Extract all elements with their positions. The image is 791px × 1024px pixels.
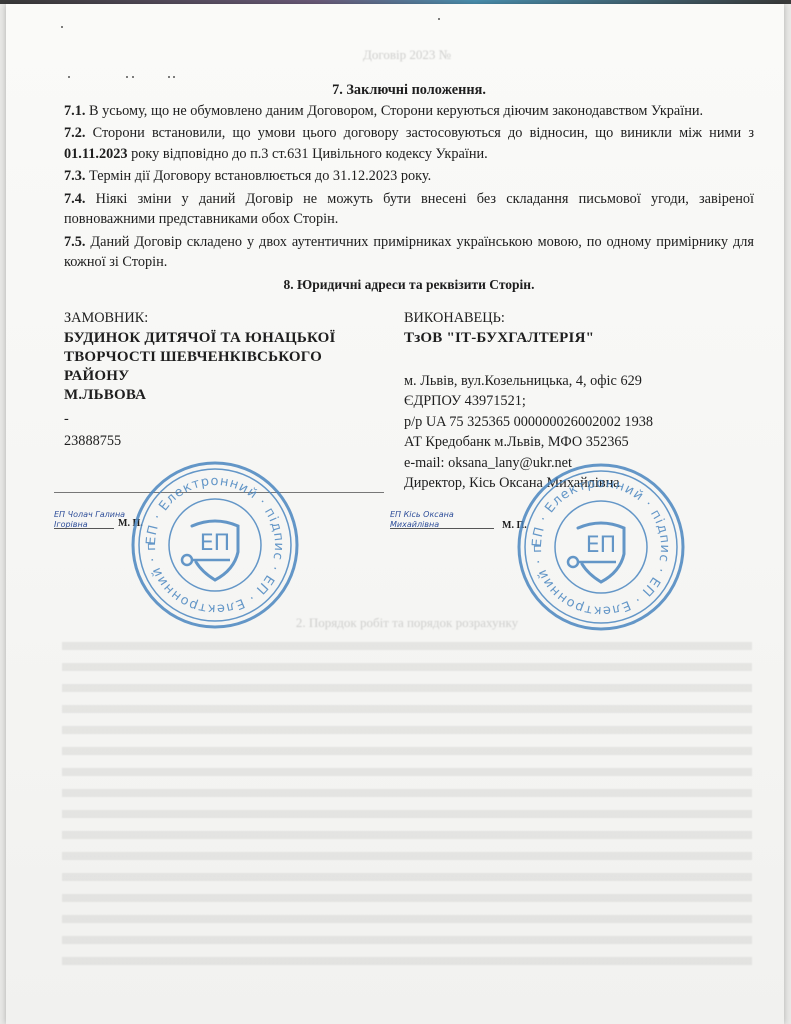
stamp-seal-icon: ЕП · Електронний · підпис · ЕП · Електро… (130, 460, 300, 630)
scan-speck (126, 76, 128, 78)
customer-role: ЗАМОВНИК: (64, 308, 384, 329)
e-signature-stamp-customer: ЕП · Електронний · підпис · ЕП · Електро… (130, 460, 300, 630)
contractor-address: м. Львів, вул.Козельницька, 4, офіс 629 (404, 371, 764, 392)
customer-signature-underline (54, 528, 114, 529)
svg-text:ЕП: ЕП (586, 533, 616, 558)
stamp-seal-icon: ЕП · Електронний · підпис · ЕП · Електро… (516, 462, 686, 632)
customer-code: 23888755 (64, 431, 384, 452)
e-signature-stamp-contractor: ЕП · Електронний · підпис · ЕП · Електро… (516, 462, 686, 632)
clause-7-1: 7.1. В усьому, що не обумовлено даним До… (64, 101, 754, 122)
scan-speck (61, 26, 63, 28)
contractor-signature-underline (390, 528, 494, 529)
contractor-e-signature: ЕП Кісь Оксана Михайлівна (390, 510, 454, 530)
bleed-through-body (62, 634, 752, 974)
customer-name-line3: М.ЛЬВОВА (64, 386, 384, 405)
clause-7-2: 7.2. Сторони встановили, що умови цього … (64, 123, 754, 164)
customer-name-line1: БУДИНОК ДИТЯЧОЇ ТА ЮНАЦЬКОЇ (64, 329, 384, 348)
scan-speck (168, 76, 170, 78)
customer-block: ЗАМОВНИК: БУДИНОК ДИТЯЧОЇ ТА ЮНАЦЬКОЇ ТВ… (64, 308, 384, 452)
scan-speck (173, 76, 175, 78)
final-provisions: 7. Заключні положення. 7.1. В усьому, що… (64, 80, 754, 295)
clause-7-4: 7.4. Ніякі зміни у даний Договір не можу… (64, 189, 754, 230)
contractor-account: р/р UA 75 325365 000000026002002 1938 (404, 412, 764, 433)
section-8-title: 8. Юридичні адреси та реквізити Сторін. (64, 275, 754, 296)
clause-7-5: 7.5. Даний Договір складено у двох аутен… (64, 232, 754, 273)
scan-speck (438, 18, 440, 20)
scan-speck (132, 76, 134, 78)
bleed-through-header: Договір 2023 № (62, 44, 752, 65)
scan-speck (68, 76, 70, 78)
svg-text:ЕП: ЕП (200, 531, 230, 556)
scanned-page: Договір 2023 № 2. Порядок робіт та поряд… (6, 4, 784, 1024)
section-7-title: 7. Заключні положення. (64, 80, 754, 101)
contractor-name: ТзОВ "ІТ-БУХГАЛТЕРІЯ" (404, 329, 764, 348)
contractor-edrpou: ЄДРПОУ 43971521; (404, 391, 764, 412)
contractor-role: ВИКОНАВЕЦЬ: (404, 308, 764, 329)
clause-7-3: 7.3. Термін дії Договору встановлюється … (64, 166, 754, 187)
customer-dash: - (64, 409, 384, 430)
customer-name-line2: ТВОРЧОСТІ ШЕВЧЕНКІВСЬКОГО РАЙОНУ (64, 348, 384, 386)
contractor-bank: АТ Кредобанк м.Львів, МФО 352365 (404, 432, 764, 453)
customer-e-signature: ЕП Чолач Галина Ігорівна (54, 510, 125, 530)
